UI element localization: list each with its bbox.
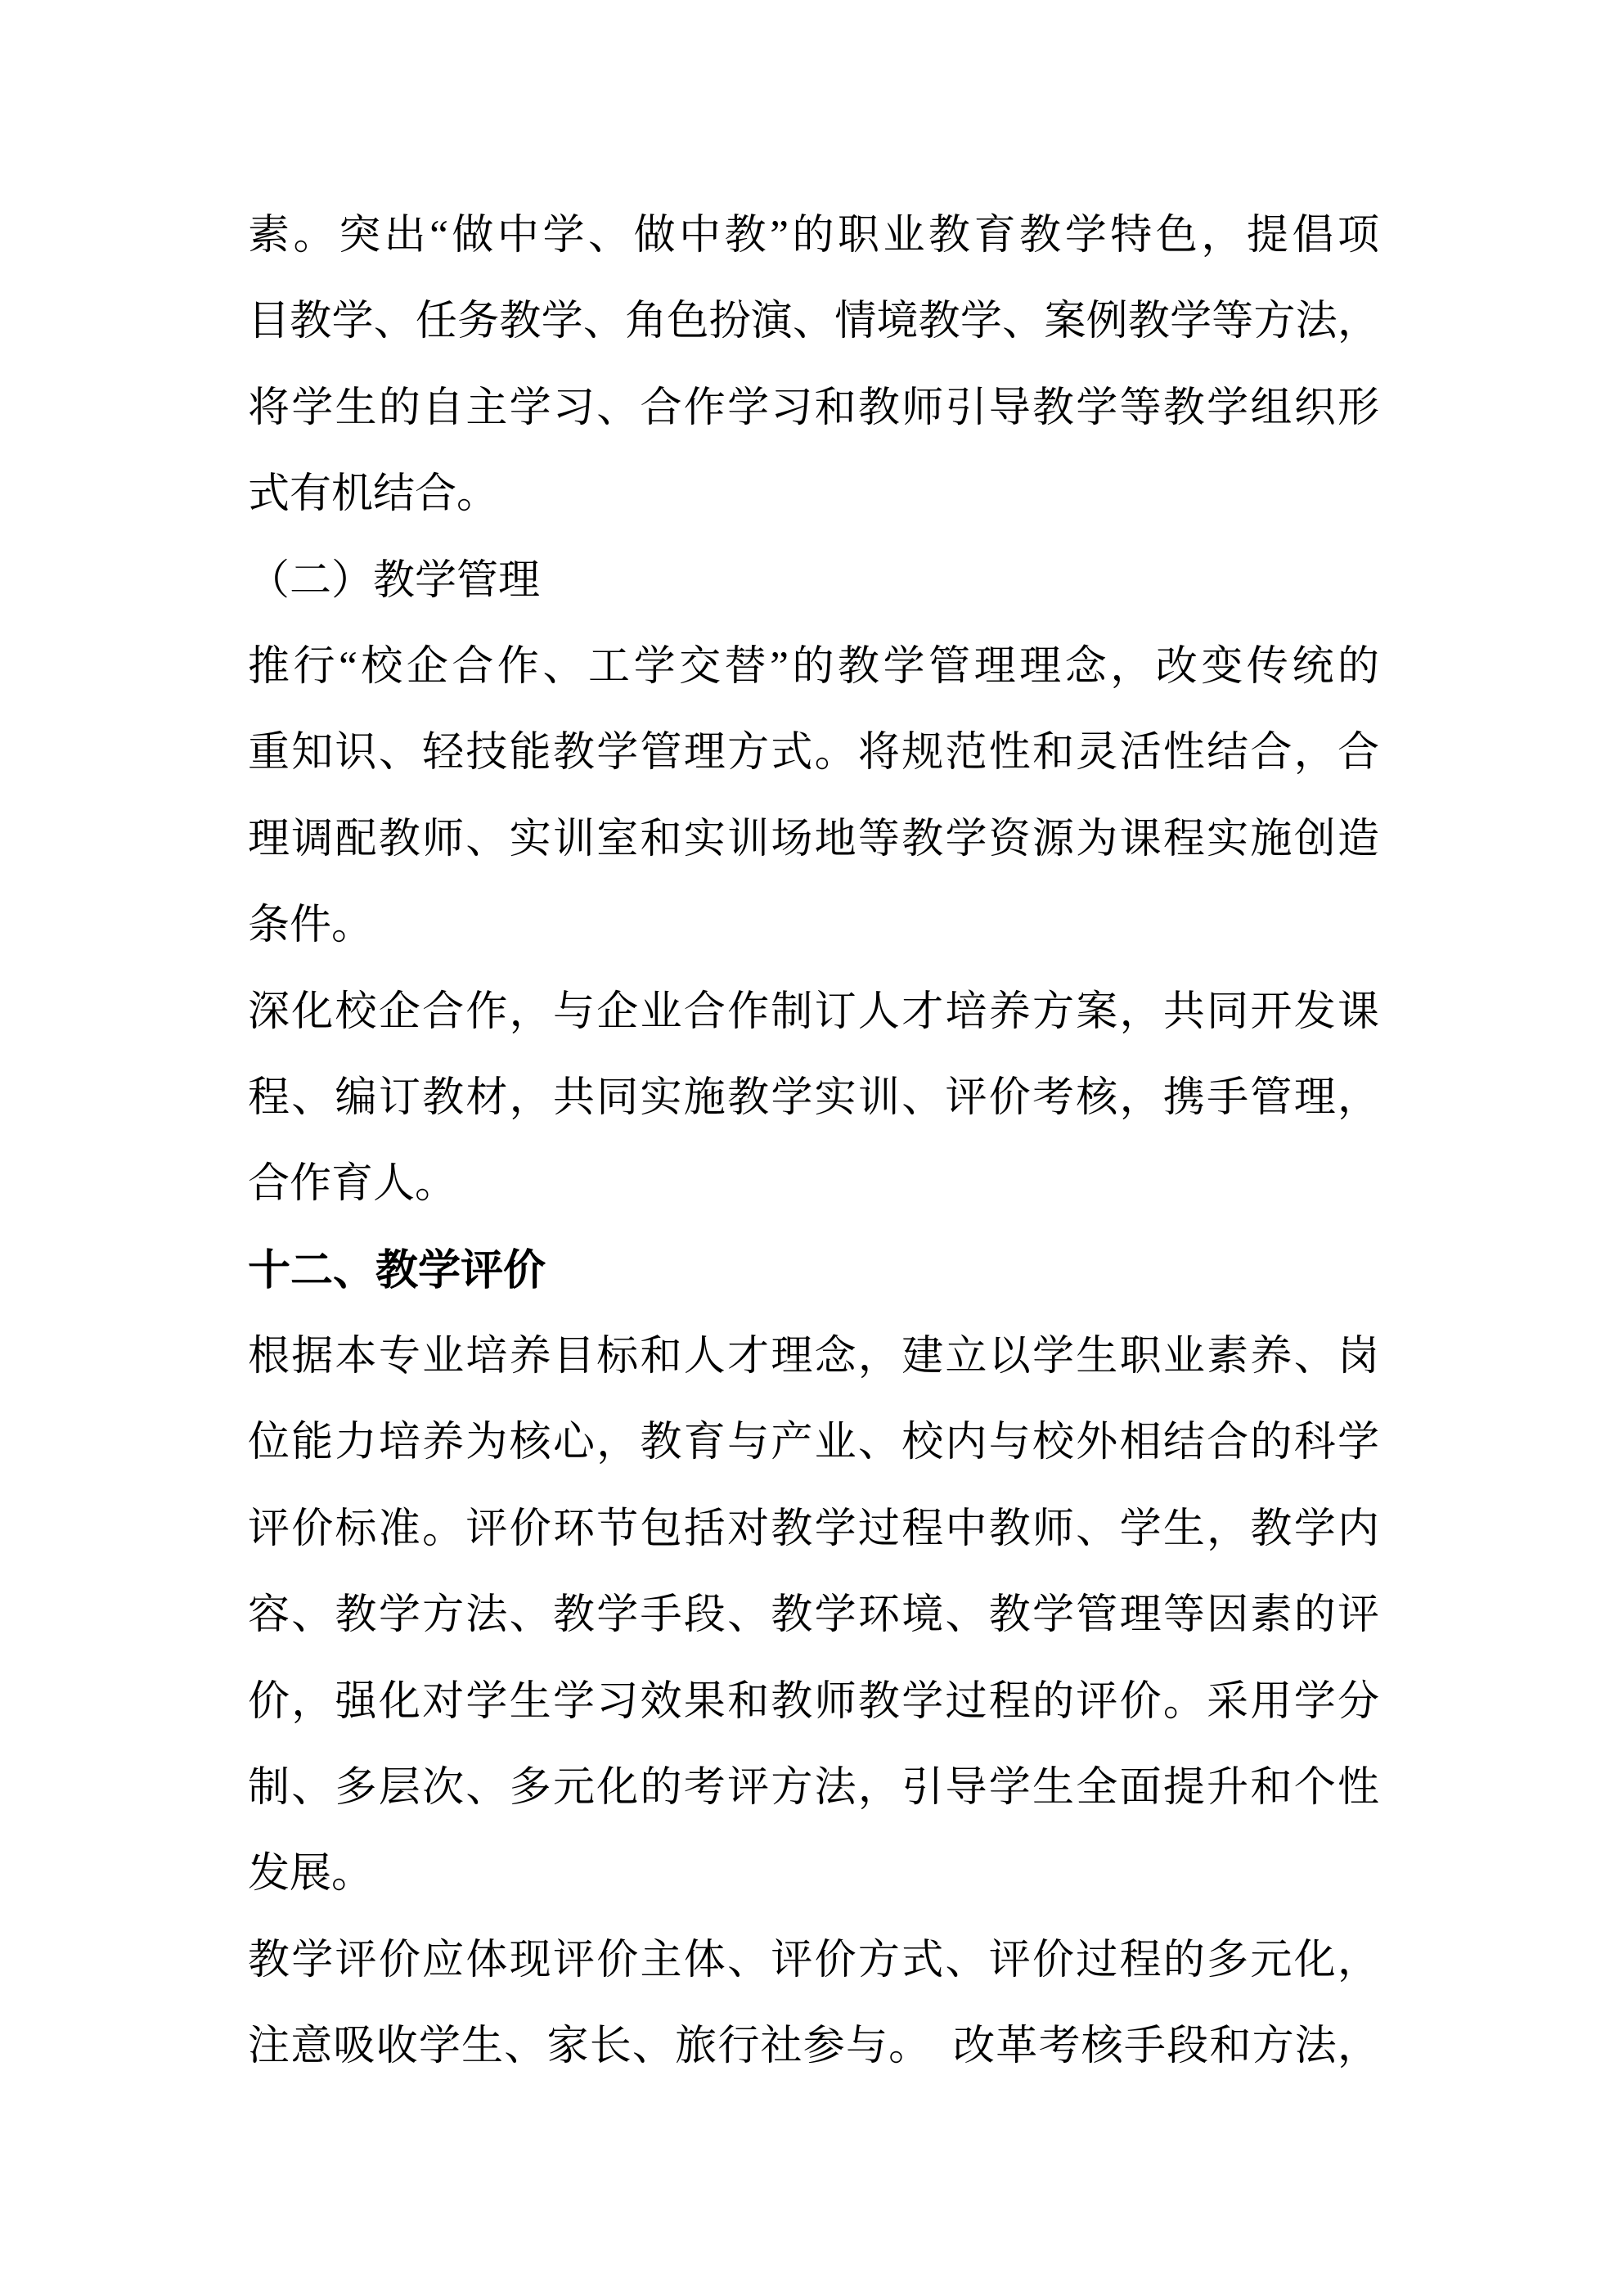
text-line: 推行“校企合作、工学交替”的教学管理理念，改变传统的 — [248, 624, 1379, 710]
text-line-paragraph-end: 条件。 — [248, 883, 1379, 969]
text-line: 制、多层次、多元化的考评方法，引导学生全面提升和个性 — [248, 1745, 1379, 1831]
text-line: 容、教学方法、教学手段、教学环境、教学管理等因素的评 — [248, 1573, 1379, 1659]
text-line: 位能力培养为核心，教育与产业、校内与校外相结合的科学 — [248, 1400, 1379, 1486]
text-line: 重知识、轻技能教学管理方式。将规范性和灵活性结合，合 — [248, 710, 1379, 796]
text-line: 价，强化对学生学习效果和教师教学过程的评价。采用学分 — [248, 1659, 1379, 1745]
text-line: 注意吸收学生、家长、旅行社参与。 改革考核手段和方法， — [248, 2004, 1379, 2090]
subsection-heading: （二）教学管理 — [248, 538, 1379, 624]
text-line: 深化校企合作，与企业合作制订人才培养方案，共同开发课 — [248, 970, 1379, 1056]
text-line: 教学评价应体现评价主体、评价方式、评价过程的多元化， — [248, 1918, 1379, 2004]
text-line: 程、编订教材，共同实施教学实训、评价考核，携手管理， — [248, 1056, 1379, 1141]
text-line: 理调配教师、实训室和实训场地等教学资源为课程实施创造 — [248, 797, 1379, 883]
text-block: 素。突出“做中学、做中教”的职业教育教学特色，提倡项 目教学、任务教学、角色扮演… — [248, 193, 1379, 2091]
text-line: 评价标准。评价环节包括对教学过程中教师、学生，教学内 — [248, 1487, 1379, 1573]
section-heading: 十二、教学评价 — [248, 1228, 1379, 1314]
text-line-paragraph-end: 发展。 — [248, 1831, 1379, 1917]
text-line: 目教学、任务教学、角色扮演、情境教学、案例教学等方法， — [248, 279, 1379, 365]
text-line: 将学生的自主学习、合作学习和教师引导教学等教学组织形 — [248, 366, 1379, 452]
text-line: 根据本专业培养目标和人才理念，建立以学生职业素养、岗 — [248, 1314, 1379, 1400]
document-page: 素。突出“做中学、做中教”的职业教育教学特色，提倡项 目教学、任务教学、角色扮演… — [0, 0, 1623, 2296]
text-line-paragraph-end: 合作育人。 — [248, 1141, 1379, 1227]
text-line: 素。突出“做中学、做中教”的职业教育教学特色，提倡项 — [248, 193, 1379, 279]
text-line-paragraph-end: 式有机结合。 — [248, 452, 1379, 538]
